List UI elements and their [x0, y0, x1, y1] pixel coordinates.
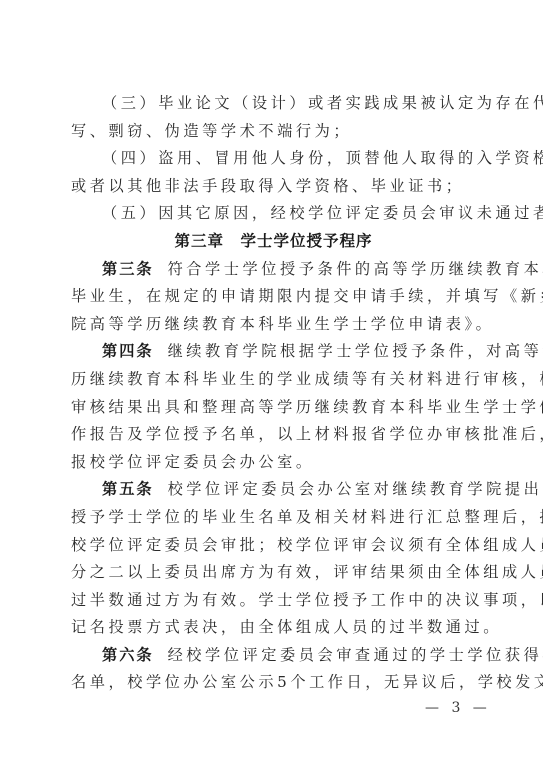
- paragraph-line: （三）毕业论文（设计）或者实践成果被认定为存在代: [71, 90, 476, 118]
- article-text: 校学位评定委员会办公室对继续教育学院提出的: [168, 480, 543, 498]
- paragraph-line: 授予学士学位的毕业生名单及相关材料进行汇总整理后，提交: [71, 504, 476, 532]
- article-3-first-line: 第三条符合学士学位授予条件的高等学历继续教育本科: [71, 256, 476, 284]
- document-page: （三）毕业论文（设计）或者实践成果被认定为存在代 写、剽窃、伪造等学术不端行为；…: [0, 0, 543, 768]
- paragraph-line: 作报告及学位授予名单，以上材料报省学位办审核批准后，再: [71, 421, 476, 449]
- paragraph-line: 记名投票方式表决，由全体组成人员的过半数通过。: [71, 614, 476, 642]
- article-text: 符合学士学位授予条件的高等学历继续教育本科: [168, 260, 543, 278]
- paragraph-line: 审核结果出具和整理高等学历继续教育本科毕业生学士学位工: [71, 394, 476, 422]
- paragraph-line: 或者以其他非法手段取得入学资格、毕业证书；: [71, 173, 476, 201]
- document-body: （三）毕业论文（设计）或者实践成果被认定为存在代 写、剽窃、伪造等学术不端行为；…: [71, 90, 476, 697]
- article-label: 第三条: [102, 260, 154, 278]
- paragraph-line: （四）盗用、冒用他人身份，顶替他人取得的入学资格，: [71, 145, 476, 173]
- paragraph-line: 分之二以上委员出席方为有效，评审结果须由全体组成人员的: [71, 559, 476, 587]
- paragraph-line: 报校学位评定委员会办公室。: [71, 449, 476, 477]
- article-label: 第六条: [102, 646, 154, 664]
- article-6-first-line: 第六条经校学位评定委员会审查通过的学士学位获得者: [71, 642, 476, 670]
- article-text: 经校学位评定委员会审查通过的学士学位获得者: [168, 646, 543, 664]
- paragraph-line: （五）因其它原因，经校学位评定委员会审议未通过者。: [71, 200, 476, 228]
- page-number: — 3 —: [425, 700, 491, 716]
- article-label: 第五条: [102, 480, 154, 498]
- paragraph-line: 毕业生，在规定的申请期限内提交申请手续，并填写《新乡学: [71, 283, 476, 311]
- paragraph-line: 历继续教育本科毕业生的学业成绩等有关材料进行审核，根据: [71, 366, 476, 394]
- article-5-first-line: 第五条校学位评定委员会办公室对继续教育学院提出的: [71, 476, 476, 504]
- paragraph-line: 校学位评定委员会审批；校学位评审会议须有全体组成人员三: [71, 532, 476, 560]
- article-text: 继续教育学院根据学士学位授予条件，对高等学: [168, 342, 543, 360]
- paragraph-line: 写、剽窃、伪造等学术不端行为；: [71, 118, 476, 146]
- paragraph-line: 院高等学历继续教育本科毕业生学士学位申请表》。: [71, 311, 476, 339]
- paragraph-line: 名单，校学位办公室公示5个工作日，无异议后，学校发文公: [71, 669, 476, 697]
- article-4-first-line: 第四条继续教育学院根据学士学位授予条件，对高等学: [71, 338, 476, 366]
- paragraph-line: 过半数通过方为有效。学士学位授予工作中的决议事项，以无: [71, 587, 476, 615]
- chapter-heading: 第三章 学士学位授予程序: [71, 228, 476, 256]
- article-label: 第四条: [102, 342, 154, 360]
